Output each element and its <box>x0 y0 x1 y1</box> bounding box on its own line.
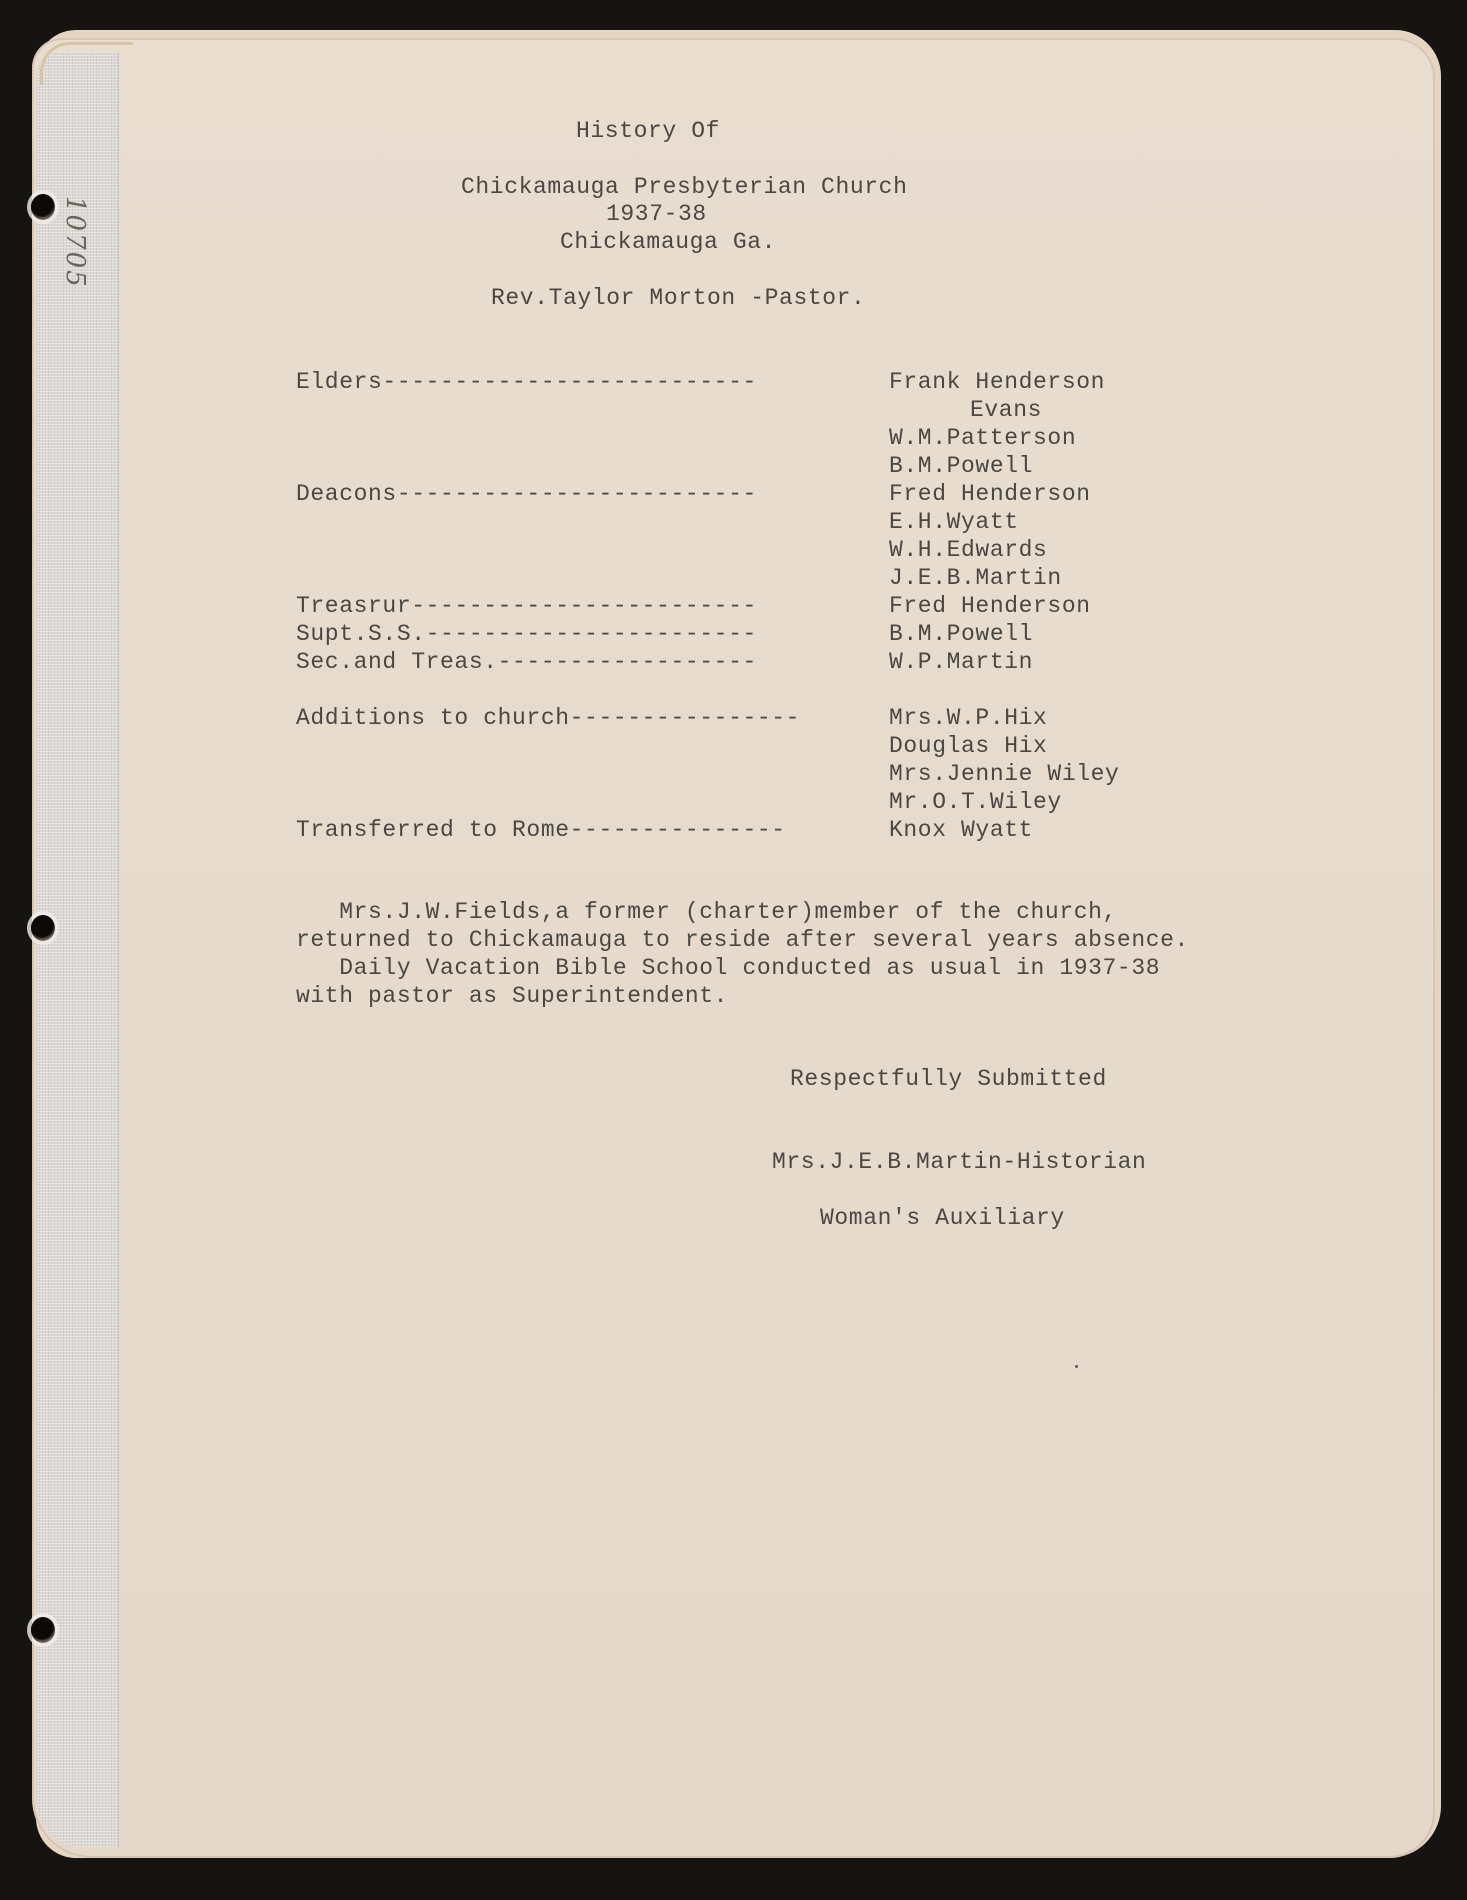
transferred-name: Knox Wyatt <box>889 817 1033 843</box>
paragraph-line: with pastor as Superintendent. <box>296 983 728 1009</box>
closing-author: Mrs.J.E.B.Martin-Historian <box>772 1149 1146 1175</box>
addition-name: Douglas Hix <box>889 733 1047 759</box>
punch-hole-icon <box>31 194 55 220</box>
officer-name: Evans <box>970 397 1042 423</box>
addition-name: Mrs.W.P.Hix <box>889 705 1047 731</box>
heading-history-of: History Of <box>576 118 720 144</box>
officer-label-elders: Elders-------------------------- <box>296 369 757 395</box>
ink-speck <box>1075 1365 1078 1368</box>
addition-name: Mrs.Jennie Wiley <box>889 761 1119 787</box>
officer-name: B.M.Powell <box>889 621 1033 647</box>
worn-corner-edge <box>40 42 133 85</box>
heading-location: Chickamauga Ga. <box>560 229 776 255</box>
heading-church-name: Chickamauga Presbyterian Church <box>461 174 907 200</box>
officer-name: Frank Henderson <box>889 369 1105 395</box>
officer-name: E.H.Wyatt <box>889 509 1019 535</box>
transferred-label: Transferred to Rome--------------- <box>296 817 786 843</box>
officer-label-deacons: Deacons------------------------- <box>296 481 757 507</box>
officer-label-sec-treas: Sec.and Treas.------------------ <box>296 649 757 675</box>
officer-name: W.P.Martin <box>889 649 1033 675</box>
officer-name: Fred Henderson <box>889 593 1091 619</box>
addition-name: Mr.O.T.Wiley <box>889 789 1062 815</box>
closing-organization: Woman's Auxiliary <box>820 1205 1065 1231</box>
heading-pastor: Rev.Taylor Morton -Pastor. <box>491 285 865 311</box>
officer-name: J.E.B.Martin <box>889 565 1062 591</box>
paragraph-line: Daily Vacation Bible School conducted as… <box>296 955 1160 981</box>
officer-name: B.M.Powell <box>889 453 1033 479</box>
officer-name: Fred Henderson <box>889 481 1091 507</box>
cloth-binding-strip <box>36 52 119 1847</box>
paragraph-line: returned to Chickamauga to reside after … <box>296 927 1189 953</box>
handwritten-catalog-number: 10705 <box>60 196 90 289</box>
officer-label-treasurer: Treasrur------------------------ <box>296 593 757 619</box>
closing-submitted: Respectfully Submitted <box>790 1066 1107 1092</box>
officer-name: W.H.Edwards <box>889 537 1047 563</box>
additions-label: Additions to church---------------- <box>296 705 800 731</box>
heading-years: 1937-38 <box>606 201 707 227</box>
paragraph-line: Mrs.J.W.Fields,a former (charter)member … <box>296 899 1117 925</box>
punch-hole-icon <box>31 915 55 941</box>
officer-label-supt-ss: Supt.S.S.----------------------- <box>296 621 757 647</box>
officer-name: W.M.Patterson <box>889 425 1076 451</box>
punch-hole-icon <box>31 1617 55 1643</box>
